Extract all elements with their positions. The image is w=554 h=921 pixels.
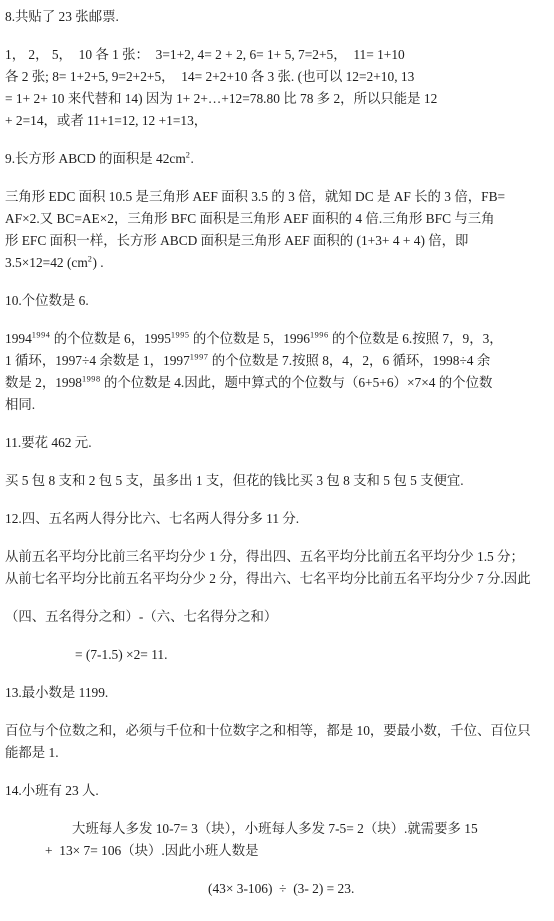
answer-12: 12.四、五名两人得分比六、七名两人得分多 11 分.	[5, 508, 550, 530]
explanation-11: 买 5 包 8 支和 2 包 5 支，虽多出 1 支，但花的钱比买 3 包 8 …	[5, 470, 550, 492]
formula-12-terms: （四、五名得分之和）-（六、七名得分之和）	[5, 606, 550, 628]
formula-14-result: (43× 3-106) ÷ (3- 2) = 23.	[208, 878, 550, 900]
explanation-9: 三角形 EDC 面积 10.5 是三角形 AEF 面积 3.5 的 3 倍，就知…	[5, 186, 550, 274]
answer-8: 8.共贴了 23 张邮票.	[5, 6, 550, 28]
answer-9: 9.长方形 ABCD 的面积是 42cm2.	[5, 148, 550, 170]
answer-11: 11.要花 462 元.	[5, 432, 550, 454]
answer-13: 13.最小数是 1199.	[5, 682, 550, 704]
explanation-8: 1， 2， 5， 10 各 1 张： 3=1+2, 4= 2 + 2, 6= 1…	[5, 44, 550, 132]
answer-14: 14.小班有 23 人.	[5, 780, 550, 802]
formula-12-result: = (7-1.5) ×2= 11.	[75, 644, 550, 666]
explanation-13: 百位与个位数之和，必须与千位和十位数字之和相等，都是 10，要最小数，千位、百位…	[5, 720, 550, 764]
explanation-12: 从前五名平均分比前三名平均分少 1 分，得出四、五名平均分比前五名平均分少 1.…	[5, 546, 550, 590]
solutions-page: 8.共贴了 23 张邮票. 1， 2， 5， 10 各 1 张： 3=1+2, …	[0, 0, 554, 921]
explanation-14: 大班每人多发 10-7= 3（块），小班每人多发 7-5= 2（块）.就需要多 …	[45, 818, 550, 862]
document-page: { "document": { "kind": "math-solutions-…	[0, 0, 554, 921]
answer-10: 10.个位数是 6.	[5, 290, 550, 312]
explanation-10: 19941994 的个位数是 6，19951995 的个位数是 5，199619…	[5, 328, 550, 416]
